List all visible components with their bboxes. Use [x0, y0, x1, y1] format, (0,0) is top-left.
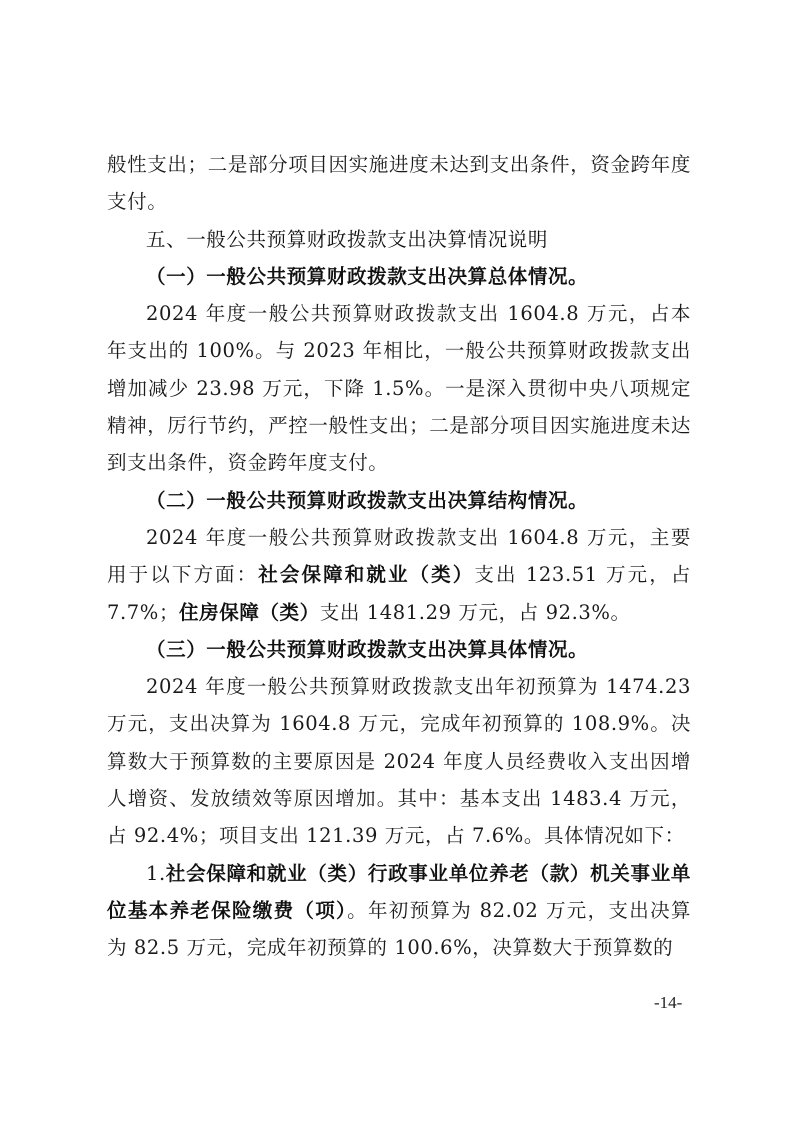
- category-housing: 住房保障（类）: [179, 601, 320, 624]
- category-social-security: 社会保障和就业（类）: [258, 563, 474, 586]
- paragraph-structure: 2024 年度一般公共预算财政拨款支出 1604.8 万元，主要用于以下方面：社…: [107, 519, 691, 631]
- paragraph-details: 2024 年度一般公共预算财政拨款支出年初预算为 1474.23 万元，支出决算…: [107, 668, 691, 854]
- item-1-number: 1.: [146, 862, 166, 885]
- subsection-heading-2: （二）一般公共预算财政拨款支出决算结构情况。: [107, 482, 691, 519]
- document-body: 般性支出；二是部分项目因实施进度未达到支出条件，资金跨年度支付。 五、一般公共预…: [107, 146, 691, 967]
- page-number: -14-: [654, 993, 682, 1013]
- subsection-heading-3: （三）一般公共预算财政拨款支出决算具体情况。: [107, 631, 691, 668]
- document-page: 般性支出；二是部分项目因实施进度未达到支出条件，资金跨年度支付。 五、一般公共预…: [0, 0, 793, 1122]
- paragraph-item-1: 1.社会保障和就业（类）行政事业单位养老（款）机关事业单位基本养老保险缴费（项）…: [107, 855, 691, 967]
- paragraph-continuation: 般性支出；二是部分项目因实施进度未达到支出条件，资金跨年度支付。: [107, 146, 691, 221]
- category-housing-value: 支出 1481.29 万元，占 92.3%。: [320, 601, 631, 624]
- section-heading-5: 五、一般公共预算财政拨款支出决算情况说明: [107, 221, 691, 258]
- subsection-heading-1: （一）一般公共预算财政拨款支出决算总体情况。: [107, 258, 691, 295]
- paragraph-overall: 2024 年度一般公共预算财政拨款支出 1604.8 万元，占本年支出的 100…: [107, 295, 691, 481]
